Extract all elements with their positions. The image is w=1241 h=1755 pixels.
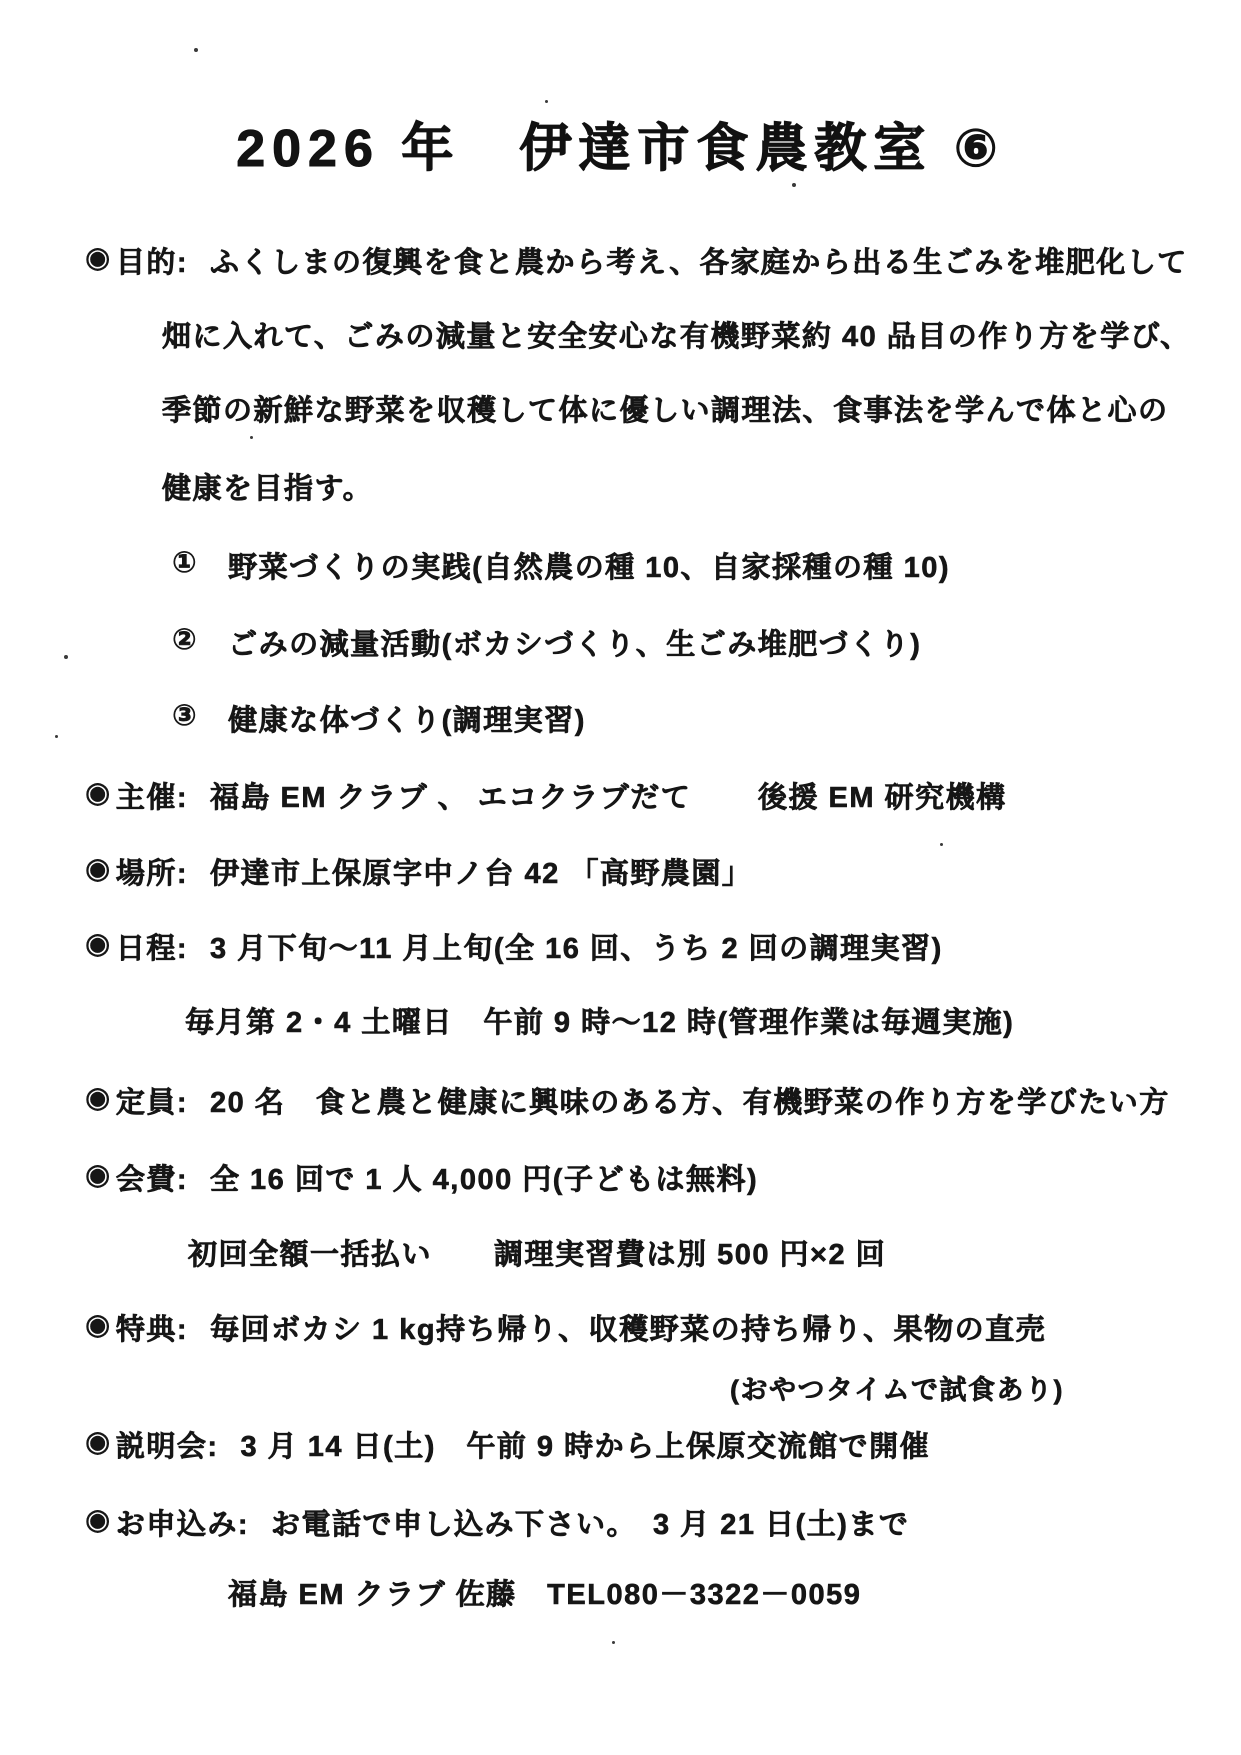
- organizer-support-text: 後援 EM 研究機構: [758, 775, 1007, 816]
- circled-3-icon: ③: [172, 698, 198, 733]
- activity-3-text: 健康な体づくり(調理実習): [228, 698, 586, 739]
- purpose-line-2-row: 畑に入れて、ごみの減量と安全安心な有機野菜約 40 品目の作り方を学び、: [162, 314, 1191, 355]
- purpose-line-4: 健康を目指す。: [162, 466, 373, 507]
- scan-speckle: [194, 48, 198, 52]
- fee-cooking-text: 調理実習費は別 500 円×2 回: [494, 1232, 886, 1273]
- page-title: 2026 年 伊達市食農教室 ⑥: [0, 106, 1241, 181]
- application-contact: 福島 EM クラブ 佐藤 TEL080－3322－0059: [228, 1572, 861, 1613]
- benefits-note-row: (おやつタイムで試食あり): [730, 1368, 1064, 1407]
- circled-2-icon: ②: [172, 622, 198, 657]
- fee-line-2-row: 初回全額一括払い 調理実習費は別 500 円×2 回: [188, 1232, 886, 1273]
- fee-line-1: 全 16 回で 1 人 4,000 円(子どもは無料): [210, 1157, 758, 1198]
- fee-label-text: 会費:: [116, 1157, 188, 1198]
- application-label: ◉お申込み:: [85, 1502, 249, 1543]
- briefing-label-text: 説明会:: [116, 1424, 219, 1465]
- location-section: ◉場所: 伊達市上保原字中ノ台 42 「高野農園」: [85, 851, 752, 892]
- section-bullet-icon: ◉: [85, 1424, 112, 1465]
- application-label-text: お申込み:: [116, 1502, 249, 1543]
- location-label: ◉場所:: [85, 851, 188, 892]
- scan-speckle: [250, 436, 253, 439]
- activity-1-text: 野菜づくりの実践(自然農の種 10、自家採種の種 10): [228, 545, 950, 586]
- purpose-line-3-row: 季節の新鮮な野菜を収穫して体に優しい調理法、食事法を学んで体と心の: [162, 388, 1169, 429]
- section-bullet-icon: ◉: [85, 1157, 112, 1198]
- schedule-line-1: 3 月下旬〜11 月上旬(全 16 回、うち 2 回の調理実習): [210, 926, 943, 967]
- organizer-support-row: 後援 EM 研究機構: [758, 775, 1007, 816]
- location-label-text: 場所:: [116, 851, 188, 892]
- benefits-label-text: 特典:: [116, 1307, 188, 1348]
- benefits-note: (おやつタイムで試食あり): [730, 1368, 1064, 1407]
- fee-label: ◉会費:: [85, 1157, 188, 1198]
- scan-speckle: [940, 843, 943, 846]
- scan-speckle: [612, 1641, 615, 1644]
- scan-speckle: [1106, 262, 1109, 265]
- fee-section: ◉会費: 全 16 回で 1 人 4,000 円(子どもは無料): [85, 1157, 758, 1198]
- organizer-text: 福島 EM クラブ 、 エコクラブだて: [210, 775, 691, 816]
- schedule-line-2: 毎月第 2・4 土曜日 午前 9 時〜12 時(管理作業は毎週実施): [185, 1000, 1014, 1041]
- scanned-flyer-page: 2026 年 伊達市食農教室 ⑥ ◉目的: ふくしまの復興を食と農から考え、各家…: [0, 0, 1241, 1755]
- circled-1-icon: ①: [172, 545, 198, 580]
- schedule-line-2-row: 毎月第 2・4 土曜日 午前 9 時〜12 時(管理作業は毎週実施): [185, 1000, 1014, 1041]
- activity-item: ② ごみの減量活動(ボカシづくり、生ごみ堆肥づくり): [172, 622, 921, 663]
- purpose-section: ◉目的: ふくしまの復興を食と農から考え、各家庭から出る生ごみを堆肥化して: [85, 240, 1188, 281]
- capacity-label: ◉定員:: [85, 1080, 188, 1121]
- schedule-section: ◉日程: 3 月下旬〜11 月上旬(全 16 回、うち 2 回の調理実習): [85, 926, 943, 967]
- scan-speckle: [912, 128, 915, 131]
- section-bullet-icon: ◉: [85, 926, 112, 967]
- organizer-label: ◉主催:: [85, 775, 188, 816]
- schedule-label: ◉日程:: [85, 926, 188, 967]
- briefing-label: ◉説明会:: [85, 1424, 218, 1465]
- section-bullet-icon: ◉: [85, 851, 112, 892]
- scan-speckle: [792, 183, 796, 187]
- scan-speckle: [64, 655, 68, 659]
- section-bullet-icon: ◉: [85, 240, 112, 281]
- capacity-section: ◉定員: 20 名 食と農と健康に興味のある方、有機野菜の作り方を学びたい方: [85, 1080, 1170, 1121]
- briefing-section: ◉説明会: 3 月 14 日(土) 午前 9 時から上保原交流館で開催: [85, 1424, 930, 1465]
- capacity-text: 20 名 食と農と健康に興味のある方、有機野菜の作り方を学びたい方: [210, 1080, 1170, 1121]
- section-bullet-icon: ◉: [85, 1502, 112, 1543]
- schedule-label-text: 日程:: [116, 926, 188, 967]
- organizer-label-text: 主催:: [116, 775, 188, 816]
- purpose-line-3: 季節の新鮮な野菜を収穫して体に優しい調理法、食事法を学んで体と心の: [162, 388, 1169, 429]
- application-contact-row: 福島 EM クラブ 佐藤 TEL080－3322－0059: [228, 1572, 861, 1613]
- briefing-text: 3 月 14 日(土) 午前 9 時から上保原交流館で開催: [240, 1424, 930, 1465]
- scan-speckle: [55, 735, 58, 738]
- purpose-label: ◉目的:: [85, 240, 188, 281]
- scan-speckle: [545, 100, 548, 103]
- purpose-label-text: 目的:: [116, 240, 188, 281]
- purpose-line-1: ふくしまの復興を食と農から考え、各家庭から出る生ごみを堆肥化して: [210, 240, 1188, 281]
- activity-2-text: ごみの減量活動(ボカシづくり、生ごみ堆肥づくり): [228, 622, 921, 663]
- benefits-line-1: 毎回ボカシ 1 kg持ち帰り、収穫野菜の持ち帰り、果物の直売: [210, 1307, 1046, 1348]
- fee-payment-text: 初回全額一括払い: [188, 1232, 432, 1273]
- location-text: 伊達市上保原字中ノ台 42 「高野農園」: [210, 851, 752, 892]
- activity-item: ① 野菜づくりの実践(自然農の種 10、自家採種の種 10): [172, 545, 950, 586]
- benefits-section: ◉特典: 毎回ボカシ 1 kg持ち帰り、収穫野菜の持ち帰り、果物の直売: [85, 1307, 1046, 1348]
- organizer-section: ◉主催: 福島 EM クラブ 、 エコクラブだて: [85, 775, 691, 816]
- application-text: お電話で申し込み下さい。 3 月 21 日(土)まで: [271, 1502, 909, 1543]
- benefits-label: ◉特典:: [85, 1307, 188, 1348]
- section-bullet-icon: ◉: [85, 1080, 112, 1121]
- application-section: ◉お申込み: お電話で申し込み下さい。 3 月 21 日(土)まで: [85, 1502, 909, 1543]
- capacity-label-text: 定員:: [116, 1080, 188, 1121]
- section-bullet-icon: ◉: [85, 775, 112, 816]
- purpose-line-2: 畑に入れて、ごみの減量と安全安心な有機野菜約 40 品目の作り方を学び、: [162, 314, 1191, 355]
- purpose-line-4-row: 健康を目指す。: [162, 466, 373, 507]
- activity-item: ③ 健康な体づくり(調理実習): [172, 698, 586, 739]
- section-bullet-icon: ◉: [85, 1307, 112, 1348]
